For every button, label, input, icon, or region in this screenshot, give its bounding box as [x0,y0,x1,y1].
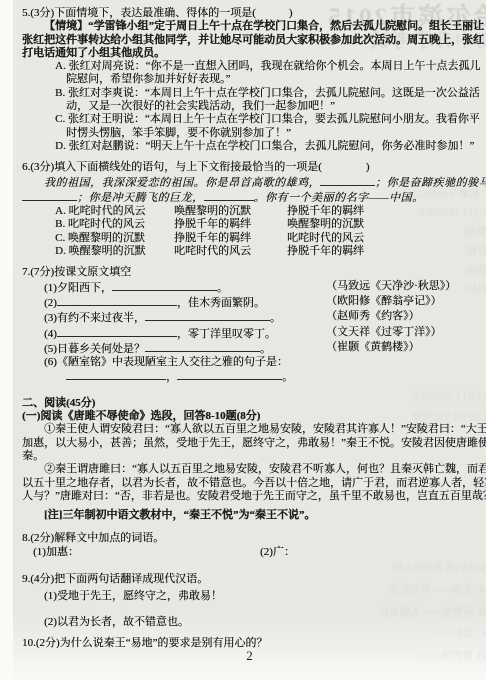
passage-line: ②秦王谓唐雎曰：“寡人以五百里之地易安陵，安陵君不听寡人，何也？且秦灭韩亡魏，而… [22,463,474,476]
q6-option-d: D. 唤醒黎明的沉默叱咤时代的风云挣脱千年的羁绊 [22,245,474,258]
page-number: 2 [13,648,486,664]
exam-content: 5.(3分)下面情境下，表达最准确、得体的一项是( ) 【情境】“学雷锋小组”定… [22,7,474,650]
q6-poem-line: 我的祖国，我深深爱恋的祖国。你是昂首高歌的雄鸡，；你是奋蹄疾驰的骏马， [22,175,474,190]
citation: （赵师秀《约客》） [326,310,420,323]
blank-line [66,369,166,380]
q7-item-3: (3)有约不来过夜半，。 （赵师秀《约客》） [22,310,474,325]
q9-part-2: (2)以君为长者，故不错意也。 [22,616,474,629]
q7-item-4: (4)，零丁洋里叹零丁。 （文天祥《过零丁洋》） [22,326,474,341]
blank-line [57,326,177,337]
citation: （文天祥《过零丁洋》） [326,326,442,339]
citation: （崔颢《黄鹤楼》） [326,341,420,354]
blank-line [145,310,270,321]
citation: （欧阳修《醉翁亭记》） [326,295,442,308]
q6-option-c: C. 唤醒黎明的沉默挣脱千年的羁绊叱咤时代的风云 [22,232,474,245]
q8-part-2: (2)广： [260,546,295,559]
question-5-stem: 5.(3分)下面情境下，表达最准确、得体的一项是( ) [22,7,474,20]
blank-line [320,175,375,186]
question-8-stem: 8.(2分)解释文中加点的词语。 [22,532,474,545]
q5-option-c: 时愣头愣脑，笨手笨脚，要不你就别参加了！” [22,127,474,140]
blank-line [57,295,177,306]
blank-line [204,190,254,201]
question-9-stem: 9.(4分)把下面两句话翻译成现代汉语。 [22,573,474,586]
section-2-subtitle: (一)阅读《唐雎不辱使命》选段，回答8-10题(8分) [22,410,474,423]
q5-option-d: D. 张红对赵鹏说：“明天上午十点在学校门口集合，去孤儿院慰问，你务必准时参加！… [22,140,474,153]
q5-context-line: 张红把这件事转达给小组其他同学，并让她尽可能动员大家积极参加此次活动。周五晚上，… [22,34,474,47]
q6-poem-line: ；你是冲天腾飞的巨龙，。你有一个美丽的名字——中国。 [22,190,474,205]
passage-note: [注]三年制初中语文教材中，“秦王不悦”为“秦王不说”。 [22,509,474,522]
q5-context-line: 打电话通知了小组其他成员。 [22,47,474,60]
passage-line: ①秦王使人谓安陵君曰：“寡人欲以五百里之地易安陵，安陵君其许寡人！”安陵君曰：“… [22,423,474,436]
blank-line [145,341,260,352]
citation: （马致远《天净沙·秋思》） [326,280,456,293]
q5-option-a: 院慰问，希望你参加并好好表现。” [22,73,474,86]
question-7-stem: 7.(7分)按课文原文填空 [22,266,474,279]
q7-item-5: (5)日暮乡关何处是？。 （崔颢《黄鹤楼》） [22,341,474,356]
q5-option-b: B. 张红对李爽说：“本周日上午十点在学校门口集合，去孤儿院慰问。这既是一次公益… [22,87,474,100]
question-6-stem: 6.(3分)填入下面横线处的语句，与上下文衔接最恰当的一项是( ) [22,161,474,174]
passage-line: 秦。 [22,450,474,463]
q6-option-a: A. 叱咤时代的风云唤醒黎明的沉默挣脱千年的羁绊 [22,205,474,218]
blank-line [22,190,77,201]
section-2-title: 二、阅读(45分) [22,397,474,410]
passage-line: 加惠，以大易小，甚善；虽然，受地于先王，愿终守之，弗敢易！”秦王不悦。安陵君因使… [22,437,474,450]
blank-line [177,369,282,380]
q7-item-2: (2)，佳木秀面繁阴。 （欧阳修《醉翁亭记》） [22,295,474,310]
q9-part-1: (1)受地于先王，愿终守之，弗敢易！ [22,590,474,603]
q5-context-line: 【情境】“学雷锋小组”定于周日上午十点在学校门口集合，然后去孤儿院慰问。组长王丽… [22,20,474,33]
q7-item-6: (6)《陋室铭》中表现陋室主人交往之雅的句子是： [22,356,474,369]
q6-option-b: B. 叱咤时代的风云挣脱千年的羁绊唤醒黎明的沉默 [22,218,474,231]
q5-option-c: C. 张红对王明说：“本周日上午十点在学校门口集合，要去孤儿院慰问小朋友。我看你… [22,113,474,126]
q8-part-1: (1)加惠： [33,546,79,558]
scanned-exam-page: 哈尔滨市2015 初中升学考试 一、积累与运用(25分)1.(3分)下列词语中 … [13,0,486,680]
q7-item-6-blanks: ，。 [22,369,474,384]
q5-option-a: A. 张红对周亮说：“你不是一直想入团吗，我现在就给你个机会。本周日上午十点去孤… [22,60,474,73]
passage-line: 人与？”唐雎对曰：“否，非若是也。安陵君受地于先王而守之，虽千里不敢易也，岂直五… [22,490,474,503]
q7-item-1: (1)夕阳西下，。 （马致远《天净沙·秋思》） [22,280,474,295]
blank-line [112,280,217,291]
q8-parts: (1)加惠： (2)广： [22,546,474,559]
passage-line: 以五十里之地存者，以君为长者，故不错意也。今吾以十倍之地，请广于君，而君逆寡人者… [22,477,474,490]
q5-option-b: 动，又是一次很好的社会实践活动，我们一起参加吧！” [22,100,474,113]
